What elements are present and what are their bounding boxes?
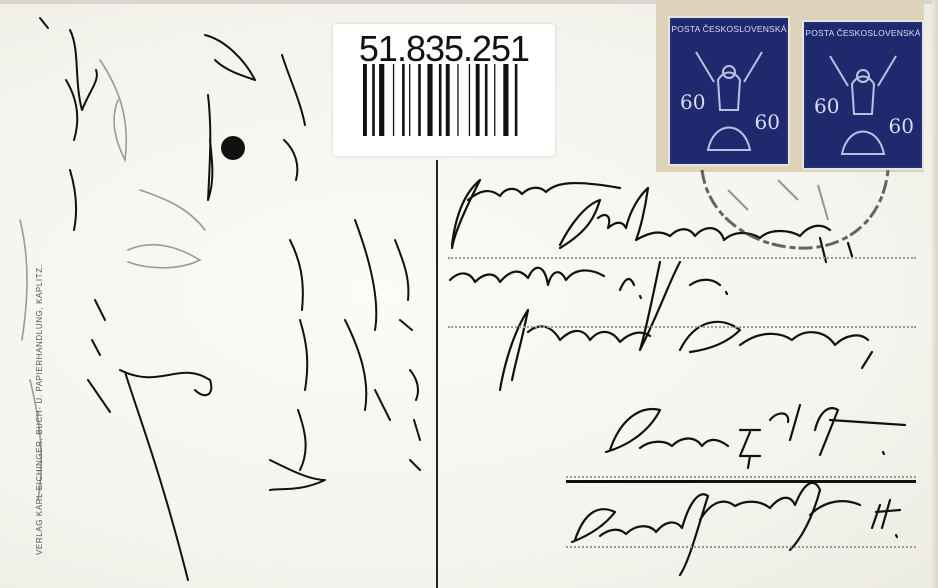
address-divider-line [436,160,438,588]
address-line [448,257,916,259]
barcode [363,64,523,136]
address-underline [566,480,916,483]
postcard: VERLAG KARL EICHINGER, BUCH- U. PAPIERHA… [0,0,938,588]
postmark-icon [688,110,898,260]
archive-label: 51.835.251 [333,24,555,156]
address-line [566,476,916,478]
publisher-imprint: VERLAG KARL EICHINGER, BUCH- U. PAPIERHA… [35,295,49,555]
stamp-country: POSTA ČESKOSLOVENSKÁ [804,28,922,38]
address-line [448,326,916,328]
stamp-country: POSTA ČESKOSLOVENSKÁ [670,24,788,34]
address-line [566,546,916,548]
